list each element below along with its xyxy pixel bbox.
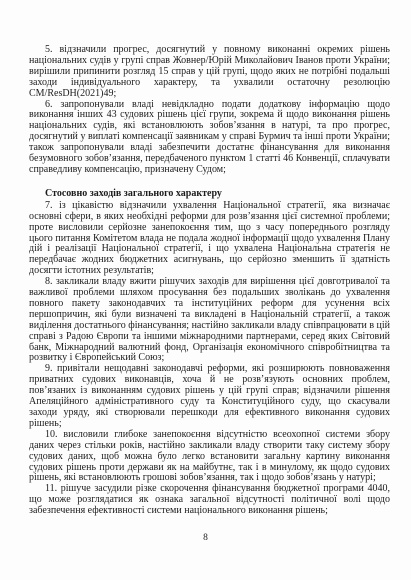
section-heading-general-measures: Стосовно заходів загального характеру xyxy=(29,189,390,200)
document-page: 5. відзначили прогрес, досягнутий у повн… xyxy=(0,0,411,580)
paragraph-item-5: 5. відзначили прогрес, досягнутий у повн… xyxy=(29,45,390,100)
paragraph-item-10: 10. висловили глибоке занепокоєння відсу… xyxy=(29,430,390,485)
paragraph-item-6: 6. запропонували владі невідкладно подат… xyxy=(29,100,390,176)
paragraph-item-11: 11. рішуче засудили різке скорочення фін… xyxy=(29,484,390,517)
paragraph-item-8: 8. закликали владу вжити рішучих заходів… xyxy=(29,277,390,364)
paragraph-item-9: 9. привітали нещодавні законодавчі рефор… xyxy=(29,364,390,429)
text-block: 5. відзначили прогрес, досягнутий у повн… xyxy=(29,45,390,517)
page-number: 8 xyxy=(0,533,411,544)
paragraph-item-7: 7. із цікавістю відзначили ухвалення Нац… xyxy=(29,201,390,277)
